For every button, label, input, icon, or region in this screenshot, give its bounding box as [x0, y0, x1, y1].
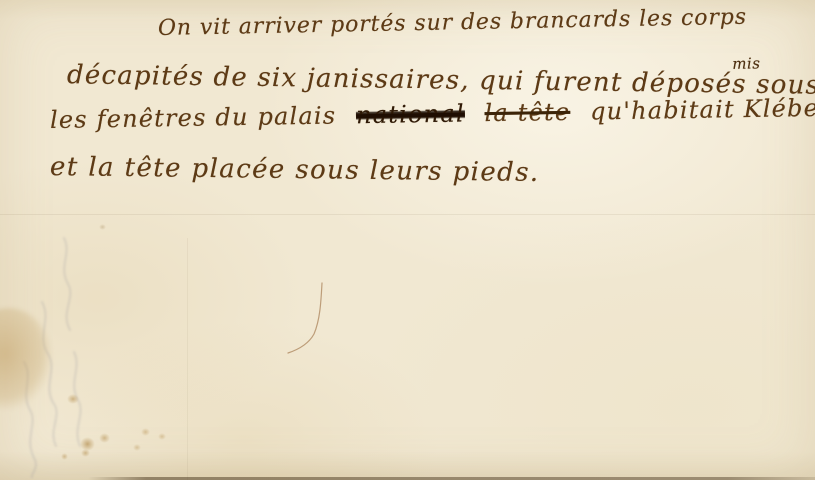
- stain: [67, 394, 79, 404]
- stain: [133, 444, 141, 451]
- handwriting-line-2: mis décapités de six janissaires, qui fu…: [56, 60, 815, 101]
- handwriting-line-3: les fenêtres du palais national la tête …: [50, 94, 815, 134]
- stain: [141, 428, 150, 436]
- stain: [99, 224, 106, 230]
- handwriting-line-1: On vit arriver portés sur des brancards …: [158, 5, 747, 41]
- stain: [61, 453, 68, 460]
- crease-line: [187, 238, 188, 480]
- handwriting-text: décapités de six janissaires, qui furent…: [67, 60, 815, 101]
- struck-out-text-heavy: national: [356, 99, 465, 129]
- stain: [81, 449, 90, 457]
- ink-show-through: [2, 232, 110, 478]
- handwriting-line-4: et la tête placée sous leurs pieds.: [50, 152, 540, 188]
- manuscript-page: On vit arriver portés sur des brancards …: [0, 0, 815, 480]
- crease-line: [0, 214, 815, 215]
- stain: [0, 308, 52, 410]
- handwriting-text: qu'habitait Kléber: [590, 94, 815, 126]
- handwriting-text: les fenêtres du palais: [50, 102, 337, 134]
- stain: [80, 437, 95, 451]
- handwriting-text: et la tête placée sous leurs pieds.: [50, 152, 540, 188]
- stain: [99, 433, 110, 443]
- struck-out-text: la tête: [484, 98, 570, 127]
- interlinear-insertion: mis: [732, 54, 761, 73]
- stain: [158, 433, 166, 440]
- handwriting-text: On vit arriver portés sur des brancards …: [158, 5, 747, 41]
